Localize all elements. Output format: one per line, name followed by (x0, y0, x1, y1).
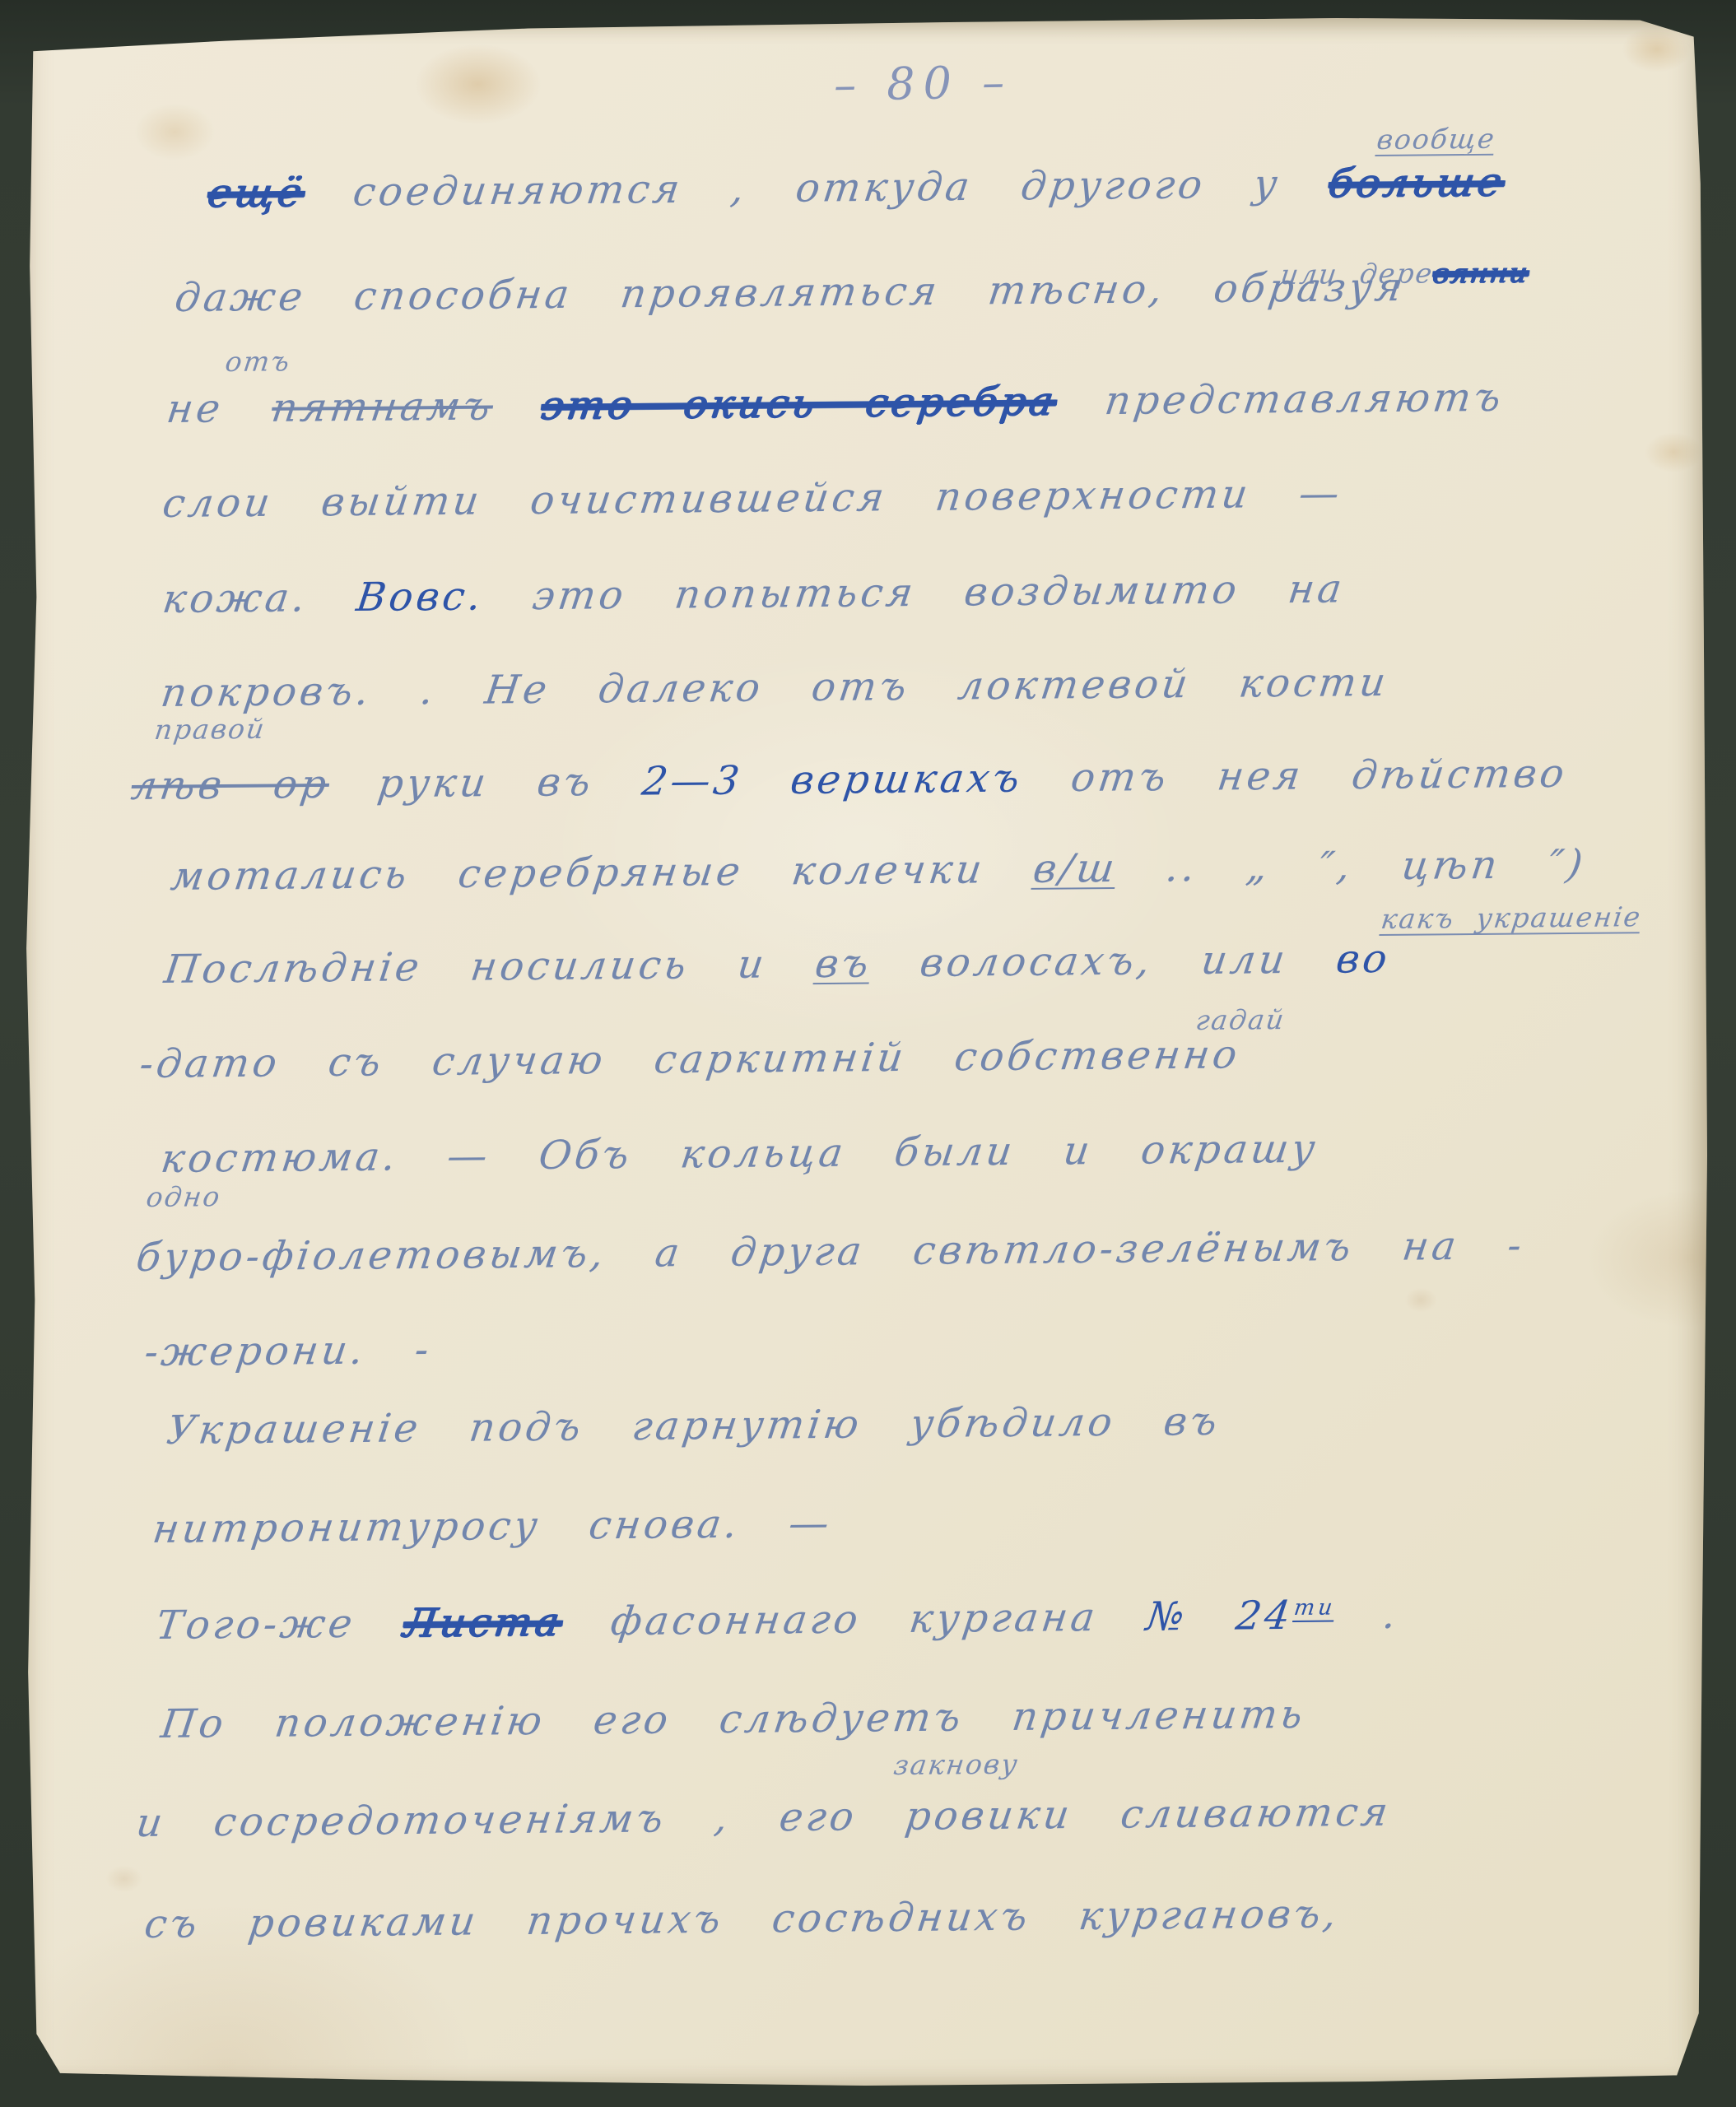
handwritten-line: не пятнамъ это окись серебра представляю… (164, 374, 1506, 432)
struck-out-words: это окись серебра (539, 379, 1059, 429)
word-segment (490, 383, 545, 430)
struck-out-words: пятнамъ (269, 384, 496, 431)
handwritten-line: костюма. — Объ кольца были и окрашу (158, 1126, 1321, 1182)
manuscript-page: – 80 – ещё соединяются , откуда другого … (23, 18, 1707, 2086)
word-segment: в/ш (1031, 845, 1120, 892)
handwritten-line: Послѣдніе носились и въ волосахъ, или во (161, 936, 1393, 993)
word-segment: представляютъ (1054, 374, 1507, 425)
struck-out-words: больше (1326, 159, 1507, 207)
word-segment: Послѣдніе носились и (161, 941, 818, 993)
word-segment: кожа. (160, 574, 360, 622)
word-segment: одно (144, 1180, 223, 1213)
word-segment: буро-фіолетовымъ, а друга свѣтло-зелёным… (133, 1222, 1527, 1281)
handwritten-line: -дато съ случаю саркитній собственно (137, 1031, 1243, 1087)
word-segment: даже способна проявляться тѣсно, образуя (172, 264, 1408, 321)
word-segment: съ ровиками прочихъ сосѣднихъ кургановъ, (142, 1891, 1343, 1947)
handwritten-line: лѣв ор руки въ 2—3 вершкахъ отъ нея дѣйс… (128, 751, 1570, 809)
word-segment: и сосредоточеніямъ , его ровики сливаютс… (133, 1789, 1394, 1846)
word-segment: нитронитуросу снова. — (150, 1500, 835, 1552)
struck-out-words: вянни (1431, 256, 1531, 289)
handwritten-line: По положенію его слѣдуетъ причленить (158, 1691, 1308, 1747)
word-segment: соединяются , откуда другого у (301, 160, 1332, 216)
word-segment: Того-же (153, 1600, 407, 1649)
struck-out-words: лѣв ор (128, 761, 332, 809)
photographed-document: – 80 – ещё соединяются , откуда другого … (0, 0, 1736, 2107)
word-segment: это попыться воздымито на (481, 565, 1347, 619)
word-segment: во (1333, 936, 1393, 983)
word-segment: покровъ. . Не далеко отъ локтевой кости (158, 659, 1391, 716)
word-segment: ти (1292, 1595, 1337, 1621)
word-segment: .. „ ″, цѣп ″) (1115, 841, 1589, 891)
word-segment: По положенію его слѣдуетъ причленить (158, 1691, 1308, 1747)
handwritten-line: Того-же Листа фасоннаго кургана № 24ти . (153, 1592, 1402, 1649)
handwritten-line: кожа. Вовс. это попыться воздымито на (160, 565, 1347, 622)
handwritten-line: -жерони. - (142, 1327, 435, 1375)
handwritten-line: даже способна проявляться тѣсно, образуя (172, 264, 1408, 321)
interlinear-annotation: вообще (1375, 123, 1497, 156)
word-segment: руки въ (326, 759, 645, 807)
interlinear-annotation: закнову (891, 1748, 1021, 1781)
word-segment: волосахъ, или (868, 937, 1339, 987)
word-segment: вообще (1375, 123, 1497, 156)
word-segment: Вовс. (354, 574, 487, 621)
word-segment: 2—3 вершкахъ (640, 756, 1026, 805)
interlinear-annotation: отъ (223, 345, 292, 378)
word-segment: -жерони. - (142, 1327, 435, 1375)
word-segment: -дато съ случаю саркитній собственно (137, 1031, 1243, 1087)
word-segment: отъ нея дѣйство (1019, 751, 1570, 802)
handwritten-line: съ ровиками прочихъ сосѣднихъ кургановъ, (142, 1891, 1343, 1947)
word-segment: № 24 (1143, 1593, 1296, 1640)
handwritten-line: ещё соединяются , откуда другого у больш… (205, 159, 1507, 216)
handwritten-line: Украшеніе подъ гарнутію убѣдило въ (164, 1398, 1223, 1454)
word-segment: правой (152, 713, 268, 746)
handwritten-line: покровъ. . Не далеко отъ локтевой кости (158, 659, 1391, 716)
word-segment: костюма. — Объ кольца были и окрашу (158, 1126, 1321, 1182)
struck-out-words: ещё (205, 170, 307, 216)
interlinear-annotation: правой (152, 713, 268, 746)
handwritten-line: нитронитуросу снова. — (150, 1500, 835, 1552)
interlinear-annotation: одно (144, 1180, 223, 1213)
handwritten-line: слои выйти очистившейся поверхности — (160, 471, 1345, 527)
handwritten-line: мотались серебряные колечки в/ш .. „ ″, … (168, 841, 1589, 900)
word-segment: какъ украшеніе (1379, 900, 1643, 935)
page-number: – 80 – (833, 56, 1012, 111)
word-segment: фасоннаго кургана (559, 1594, 1149, 1645)
word-segment: закнову (891, 1748, 1021, 1781)
word-segment: отъ (223, 345, 292, 378)
handwritten-line: и сосредоточеніямъ , его ровики сливаютс… (133, 1789, 1394, 1846)
struck-out-words: Листа (401, 1599, 565, 1647)
word-segment: слои выйти очистившейся поверхности — (160, 471, 1345, 527)
interlinear-annotation: какъ украшеніе (1379, 900, 1643, 935)
word-segment: не (164, 385, 275, 432)
handwritten-line: буро-фіолетовымъ, а друга свѣтло-зелёным… (133, 1222, 1527, 1281)
word-segment: мотались серебряные колечки (168, 846, 1036, 900)
word-segment: въ (812, 941, 874, 988)
word-segment: . (1331, 1592, 1402, 1639)
word-segment: Украшеніе подъ гарнутію убѣдило въ (164, 1398, 1223, 1454)
